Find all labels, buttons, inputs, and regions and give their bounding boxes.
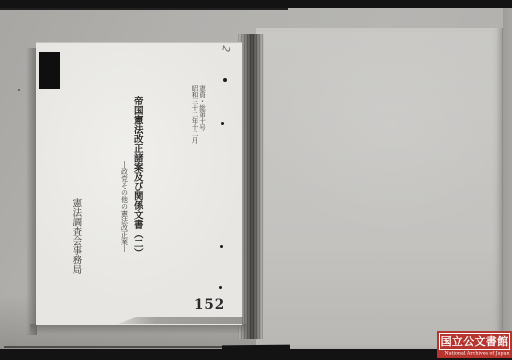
document-number: 憲資・総第十号 [197,85,204,151]
document-reference-block: 憲資・総第十号 昭和三十二年十二月 [190,85,205,151]
stamp-border-frame: 国立公文書館 [439,333,510,350]
cover-subtitle: ―政党その他の憲法改正案― [120,161,128,265]
stamp-english-text: National Archives of Japan [445,351,505,357]
cover-title: 帝国憲法改正諸案及び関係文書（二） [132,96,141,250]
letterbox-bottom-bar [0,349,512,360]
document-date: 昭和三十二年十二月 [190,85,197,151]
book-right-blank-page [256,28,503,349]
ink-speck [221,122,224,125]
stamp-kanji-text: 国立公文書館 [441,336,509,347]
ink-speck [220,245,223,248]
cover-publisher: 憲法調査会事務局 [69,198,81,300]
cover-bottom-shadow [30,324,246,334]
scan-edge-line [4,346,238,348]
ink-speck [18,89,20,91]
cover-bottom-edge-bevel [118,317,243,324]
archive-scan-viewport: 憲資・総第十号 昭和三十二年十二月 帝国憲法改正諸案及び関係文書（二） ―政党そ… [0,0,512,360]
letterbox-top-bar-step [0,8,288,10]
book-right-edge-shadow [503,8,512,349]
page-number: 152 [194,297,228,313]
ink-speck [223,78,227,82]
national-archives-stamp: 国立公文書館 National Archives of Japan [437,331,512,358]
letterbox-top-bar [0,0,512,8]
ink-speck [219,286,222,289]
black-label-rectangle [39,52,60,89]
